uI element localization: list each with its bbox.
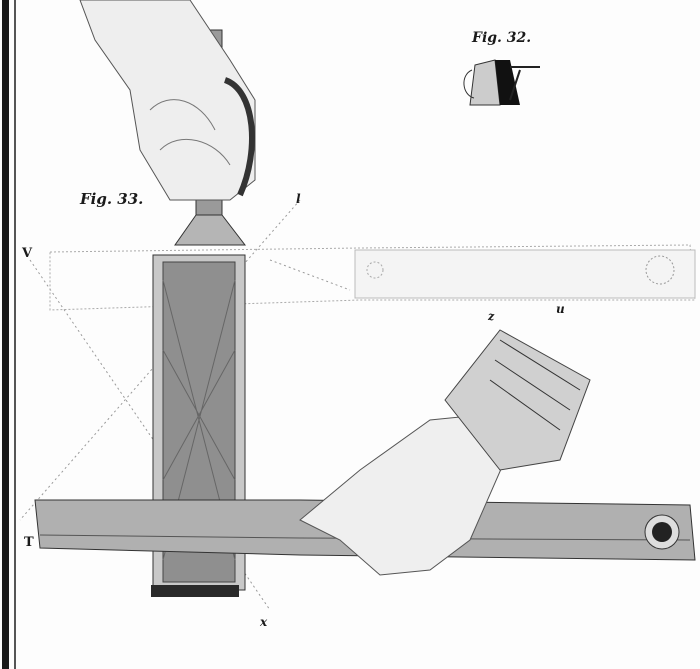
letter-x: x (260, 615, 267, 629)
letter-u: u (556, 302, 565, 316)
plate-border-inner (14, 0, 16, 669)
razor-outline (50, 245, 695, 310)
fig33-caption: Fig. 33. (80, 190, 143, 208)
coffee-pot-icon (464, 60, 540, 105)
letter-v: V (22, 246, 32, 261)
upper-hand (80, 0, 255, 200)
letter-z: z (488, 310, 494, 323)
letter-l: l (296, 192, 301, 206)
letter-t: T (24, 535, 34, 550)
engraving-illustration (0, 0, 700, 669)
engraving-plate: Fig. 32. Fig. 33. V T u x l z (0, 0, 700, 669)
fig32-caption: Fig. 32. (472, 30, 531, 46)
plate-border (2, 0, 9, 669)
